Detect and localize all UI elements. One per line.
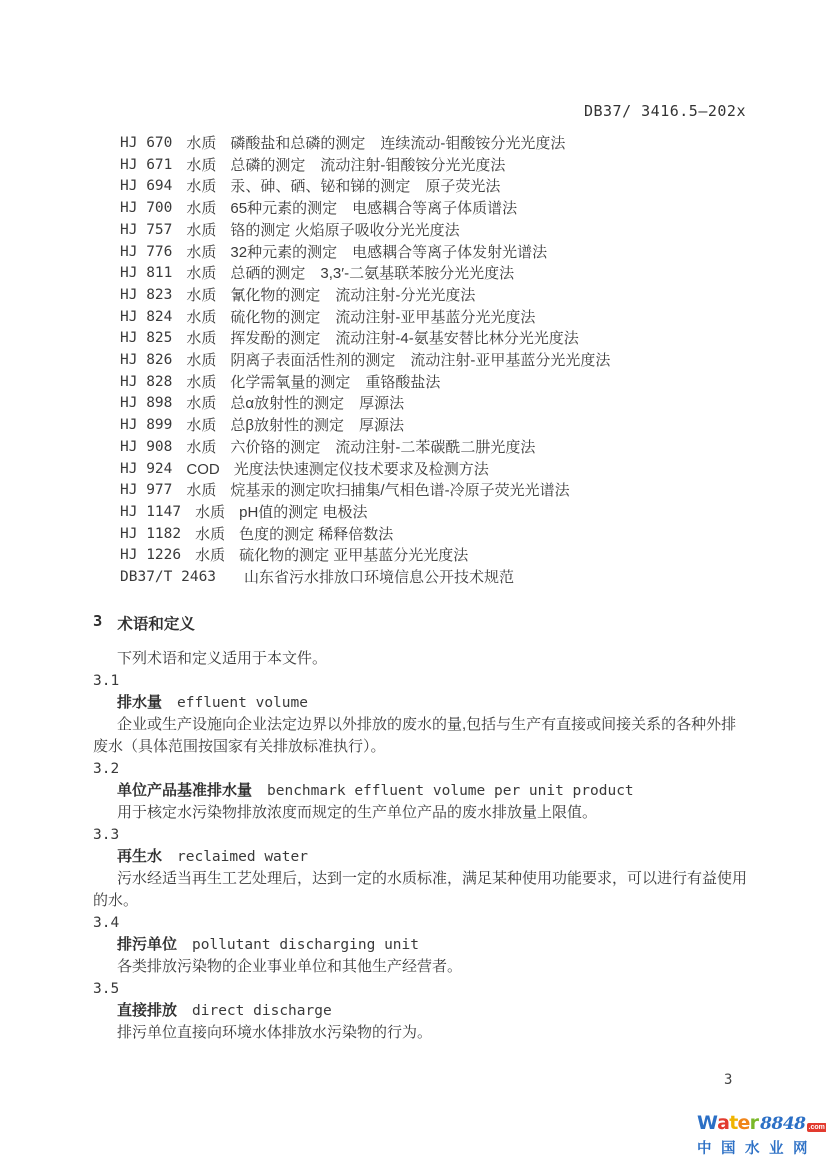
standard-title: 硫化物的测定 流动注射-亚甲基蓝分光光度法 [230, 307, 535, 329]
reference-item: HJ 776水质32种元素的测定 电感耦合等离子体发射光谱法 [120, 242, 766, 264]
term-number: 3.2 [93, 758, 747, 780]
standard-title: 磷酸盐和总磷的测定 连续流动-钼酸铵分光光度法 [230, 133, 565, 155]
standard-title: 总β放射性的测定 厚源法 [230, 415, 404, 437]
standard-title: 光度法快速测定仪技术要求及检测方法 [234, 459, 489, 481]
standard-category: 水质 [195, 524, 225, 546]
standard-code: HJ 1182 [120, 524, 181, 546]
reference-item: DB37/T 2463山东省污水排放口环境信息公开技术规范 [120, 567, 766, 589]
standard-title: 总磷的测定 流动注射-钼酸铵分光光度法 [230, 155, 505, 177]
term-block: 3.2 单位产品基准排水量 benchmark effluent volume … [93, 758, 747, 824]
standard-category: 水质 [186, 415, 216, 437]
reference-item: HJ 694水质汞、砷、硒、铋和锑的测定 原子荧光法 [120, 176, 766, 198]
standard-title: 色度的测定 稀释倍数法 [239, 524, 393, 546]
reference-item: HJ 671水质总磷的测定 流动注射-钼酸铵分光光度法 [120, 155, 766, 177]
standard-category: 水质 [186, 242, 216, 264]
reference-item: HJ 977水质烷基汞的测定吹扫捕集/气相色谱-冷原子荧光光谱法 [120, 480, 766, 502]
reference-item: HJ 670水质磷酸盐和总磷的测定 连续流动-钼酸铵分光光度法 [120, 133, 766, 155]
standard-code: HJ 924 [120, 459, 172, 481]
standard-title: 总硒的测定 3,3′-二氨基联苯胺分光光度法 [230, 263, 514, 285]
page-number: 3 [724, 1072, 732, 1088]
terms-and-definitions: 下列术语和定义适用于本文件。 3.1 排水量 effluent volume 企… [93, 648, 747, 1044]
standard-category: 水质 [186, 437, 216, 459]
standard-code: HJ 899 [120, 415, 172, 437]
logo-wordmark: W a t e r [697, 1114, 758, 1133]
standard-title: 32种元素的测定 电感耦合等离子体发射光谱法 [230, 242, 547, 264]
standard-title: 阴离子表面活性剂的测定 流动注射-亚甲基蓝分光光度法 [230, 350, 610, 372]
term-title-line: 单位产品基准排水量 benchmark effluent volume per … [93, 780, 747, 802]
term-chinese: 再生水 [117, 846, 162, 868]
reference-item: HJ 1226水质硫化物的测定 亚甲基蓝分光光度法 [120, 545, 766, 567]
document-code-header: DB37/ 3416.5—202x [584, 102, 746, 120]
water8848-logo: W a t e r 8848 .com 中国水业网 [697, 1114, 815, 1158]
term-english: direct discharge [192, 1000, 332, 1022]
logo-brand-line: W a t e r 8848 .com [697, 1114, 815, 1133]
term-english: effluent volume [177, 692, 308, 714]
logo-tagline: 中国水业网 [697, 1137, 825, 1158]
standard-title: 山东省污水排放口环境信息公开技术规范 [244, 567, 514, 589]
standard-category: 水质 [186, 220, 216, 242]
standard-code: HJ 826 [120, 350, 172, 372]
reference-item: HJ 700水质65种元素的测定 电感耦合等离子体质谱法 [120, 198, 766, 220]
term-title-line: 排水量 effluent volume [93, 692, 747, 714]
term-number: 3.3 [93, 824, 747, 846]
reference-item: HJ 899水质总β放射性的测定 厚源法 [120, 415, 766, 437]
reference-item: HJ 828水质化学需氧量的测定 重铬酸盐法 [120, 372, 766, 394]
reference-item: HJ 826水质阴离子表面活性剂的测定 流动注射-亚甲基蓝分光光度法 [120, 350, 766, 372]
standard-code: HJ 825 [120, 328, 172, 350]
standard-title: 硫化物的测定 亚甲基蓝分光光度法 [239, 545, 468, 567]
standard-title: 氰化物的测定 流动注射-分光光度法 [230, 285, 475, 307]
term-english: reclaimed water [177, 846, 308, 868]
logo-letter: e [738, 1114, 750, 1133]
term-definition: 各类排放污染物的企业事业单位和其他生产经营者。 [93, 956, 747, 978]
term-chinese: 直接排放 [117, 1000, 177, 1022]
term-definition: 污水经适当再生工艺处理后，达到一定的水质标准，满足某种使用功能要求，可以进行有益… [93, 868, 747, 912]
logo-letter: t [729, 1114, 737, 1133]
standard-title: 汞、砷、硒、铋和锑的测定 原子荧光法 [230, 176, 500, 198]
standard-category: 水质 [186, 263, 216, 285]
term-definition: 用于核定水污染物排放浓度而规定的生产单位产品的废水排放量上限值。 [93, 802, 747, 824]
standard-code: HJ 824 [120, 307, 172, 329]
standard-category: 水质 [186, 393, 216, 415]
standard-code: HJ 823 [120, 285, 172, 307]
logo-letter: W [697, 1114, 717, 1133]
standard-title: 铬的测定 火焰原子吸收分光光度法 [230, 220, 459, 242]
reference-item: HJ 1147水质pH值的测定 电极法 [120, 502, 766, 524]
standard-category: 水质 [186, 155, 216, 177]
logo-letter: a [717, 1114, 729, 1133]
term-number: 3.5 [93, 978, 747, 1000]
standard-code: HJ 671 [120, 155, 172, 177]
standard-code: HJ 908 [120, 437, 172, 459]
standard-code: DB37/T 2463 [120, 567, 216, 589]
standard-category: 水质 [186, 328, 216, 350]
reference-item: HJ 823水质氰化物的测定 流动注射-分光光度法 [120, 285, 766, 307]
reference-item: HJ 825水质挥发酚的测定 流动注射-4-氨基安替比林分光光度法 [120, 328, 766, 350]
term-block: 3.3 再生水 reclaimed water 污水经适当再生工艺处理后，达到一… [93, 824, 747, 912]
standard-category: 水质 [195, 545, 225, 567]
reference-item: HJ 824水质硫化物的测定 流动注射-亚甲基蓝分光光度法 [120, 307, 766, 329]
standard-code: HJ 1226 [120, 545, 181, 567]
standard-category: 水质 [186, 285, 216, 307]
standard-title: 总α放射性的测定 厚源法 [230, 393, 404, 415]
section-title: 术语和定义 [117, 612, 195, 634]
standard-code: HJ 828 [120, 372, 172, 394]
standard-title: 化学需氧量的测定 重铬酸盐法 [230, 372, 440, 394]
term-number: 3.1 [93, 670, 747, 692]
standard-code: HJ 811 [120, 263, 172, 285]
standard-title: 烷基汞的测定吹扫捕集/气相色谱-冷原子荧光光谱法 [230, 480, 569, 502]
standard-code: HJ 694 [120, 176, 172, 198]
term-number: 3.4 [93, 912, 747, 934]
standard-category: 水质 [186, 133, 216, 155]
term-block: 3.1 排水量 effluent volume 企业或生产设施向企业法定边界以外… [93, 670, 747, 758]
logo-number: 8848 [760, 1116, 805, 1133]
standard-code: HJ 757 [120, 220, 172, 242]
term-chinese: 排污单位 [117, 934, 177, 956]
standard-title: 六价铬的测定 流动注射-二苯碳酰二肼光度法 [230, 437, 535, 459]
standard-title: 65种元素的测定 电感耦合等离子体质谱法 [230, 198, 517, 220]
normative-references-list: HJ 670水质磷酸盐和总磷的测定 连续流动-钼酸铵分光光度法 HJ 671水质… [120, 133, 766, 589]
reference-item: HJ 898水质总α放射性的测定 厚源法 [120, 393, 766, 415]
standard-category: 水质 [186, 198, 216, 220]
reference-item: HJ 908水质六价铬的测定 流动注射-二苯碳酰二肼光度法 [120, 437, 766, 459]
standard-category: COD [186, 459, 219, 481]
term-title-line: 直接排放 direct discharge [93, 1000, 747, 1022]
standard-code: HJ 898 [120, 393, 172, 415]
standard-code: HJ 977 [120, 480, 172, 502]
term-english: pollutant discharging unit [192, 934, 419, 956]
standard-code: HJ 776 [120, 242, 172, 264]
term-definition: 企业或生产设施向企业法定边界以外排放的废水的量,包括与生产有直接或间接关系的各种… [93, 714, 747, 758]
standard-code: HJ 1147 [120, 502, 181, 524]
reference-item: HJ 924COD光度法快速测定仪技术要求及检测方法 [120, 459, 766, 481]
standard-title: 挥发酚的测定 流动注射-4-氨基安替比林分光光度法 [230, 328, 578, 350]
standard-category: 水质 [195, 502, 225, 524]
logo-letter: r [750, 1114, 759, 1133]
section-heading: 3 术语和定义 [93, 612, 195, 634]
reference-item: HJ 811水质总硒的测定 3,3′-二氨基联苯胺分光光度法 [120, 263, 766, 285]
term-chinese: 排水量 [117, 692, 162, 714]
standard-category: 水质 [186, 350, 216, 372]
reference-item: HJ 1182水质色度的测定 稀释倍数法 [120, 524, 766, 546]
standard-code: HJ 700 [120, 198, 172, 220]
term-chinese: 单位产品基准排水量 [117, 780, 252, 802]
document-page: DB37/ 3416.5—202x HJ 670水质磷酸盐和总磷的测定 连续流动… [0, 0, 826, 1169]
standard-category: 水质 [186, 307, 216, 329]
term-title-line: 再生水 reclaimed water [93, 846, 747, 868]
standard-category: 水质 [186, 176, 216, 198]
section-number: 3 [93, 612, 102, 634]
standard-title: pH值的测定 电极法 [239, 502, 367, 524]
standard-category: 水质 [186, 480, 216, 502]
term-definition: 排污单位直接向环境水体排放水污染物的行为。 [93, 1022, 747, 1044]
reference-item: HJ 757水质铬的测定 火焰原子吸收分光光度法 [120, 220, 766, 242]
term-english: benchmark effluent volume per unit produ… [267, 780, 634, 802]
terms-intro: 下列术语和定义适用于本文件。 [93, 648, 747, 670]
term-title-line: 排污单位 pollutant discharging unit [93, 934, 747, 956]
term-block: 3.4 排污单位 pollutant discharging unit 各类排放… [93, 912, 747, 978]
term-block: 3.5 直接排放 direct discharge 排污单位直接向环境水体排放水… [93, 978, 747, 1044]
standard-category: 水质 [186, 372, 216, 394]
logo-tld-badge: .com [807, 1123, 826, 1132]
standard-code: HJ 670 [120, 133, 172, 155]
